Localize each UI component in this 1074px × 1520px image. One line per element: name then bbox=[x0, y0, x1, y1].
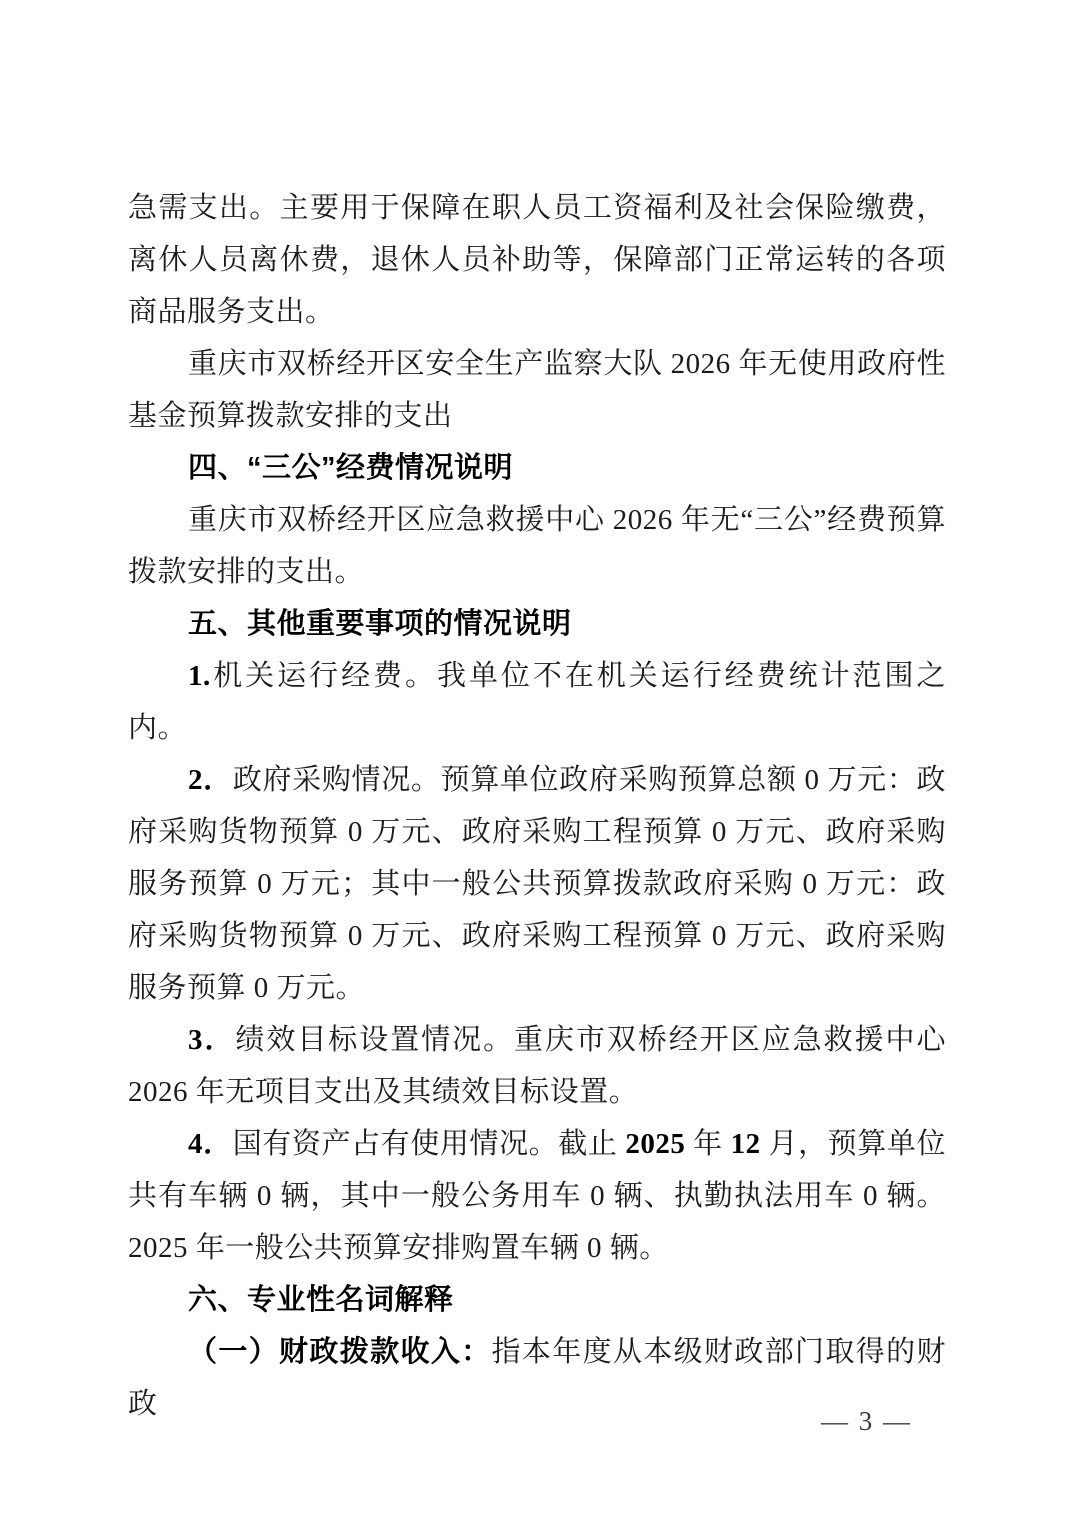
paragraph-text: 国有资产占有使用情况。截止 bbox=[233, 1128, 626, 1160]
body-paragraph-item-3: 3．绩效目标设置情况。重庆市双桥经开区应急救援中心 2026 年无项目支出及其绩… bbox=[128, 1014, 946, 1118]
heading-text: 五、其他重要事项的情况说明 bbox=[188, 608, 572, 640]
list-number: 2． bbox=[188, 764, 233, 796]
list-number: 4． bbox=[188, 1128, 233, 1160]
heading-text: 六、专业性名词解释 bbox=[188, 1284, 454, 1316]
paragraph-text: 机关运行经费。我单位不在机关运行经费统计范围之内。 bbox=[128, 660, 946, 744]
paragraph-text: 重庆市双桥经开区安全生产监察大队 2026 年无使用政府性基金预算拨款安排的支出 bbox=[128, 348, 946, 432]
section-heading-six: 六、专业性名词解释 bbox=[128, 1274, 946, 1326]
paragraph-text: 急需支出。主要用于保障在职人员工资福利及社会保险缴费，离休人员离休费，退休人员补… bbox=[128, 192, 946, 328]
document-body: 急需支出。主要用于保障在职人员工资福利及社会保险缴费，离休人员离休费，退休人员补… bbox=[128, 182, 946, 1430]
paragraph-text: 重庆市双桥经开区应急救援中心 2026 年无“三公”经费预算拨款安排的支出。 bbox=[128, 504, 946, 588]
page-number: — 3 — bbox=[0, 1406, 1074, 1437]
body-paragraph-item-1: 1.机关运行经费。我单位不在机关运行经费统计范围之内。 bbox=[128, 650, 946, 754]
paragraph-text: 绩效目标设置情况。重庆市双桥经开区应急救援中心 2026 年无项目支出及其绩效目… bbox=[128, 1024, 946, 1108]
month-value: 12 bbox=[731, 1128, 761, 1160]
paragraph-text: 年 bbox=[685, 1128, 730, 1160]
body-paragraph: 重庆市双桥经开区应急救援中心 2026 年无“三公”经费预算拨款安排的支出。 bbox=[128, 494, 946, 598]
paragraph-text: 政府采购情况。预算单位政府采购预算总额 0 万元：政府采购货物预算 0 万元、政… bbox=[128, 764, 946, 1004]
list-number: 3． bbox=[188, 1024, 235, 1056]
page-number-text: — 3 — bbox=[821, 1406, 912, 1436]
year-value: 2025 bbox=[625, 1128, 685, 1160]
body-paragraph: 急需支出。主要用于保障在职人员工资福利及社会保险缴费，离休人员离休费，退休人员补… bbox=[128, 182, 946, 338]
body-paragraph-item-4: 4．国有资产占有使用情况。截止 2025 年 12 月，预算单位共有车辆 0 辆… bbox=[128, 1118, 946, 1274]
document-page: 急需支出。主要用于保障在职人员工资福利及社会保险缴费，离休人员离休费，退休人员补… bbox=[0, 0, 1074, 1520]
body-paragraph-item-2: 2．政府采购情况。预算单位政府采购预算总额 0 万元：政府采购货物预算 0 万元… bbox=[128, 754, 946, 1014]
section-heading-four: 四、“三公”经费情况说明 bbox=[128, 442, 946, 494]
term-label: （一）财政拨款收入： bbox=[188, 1336, 492, 1368]
heading-text: 四、“三公”经费情况说明 bbox=[188, 452, 513, 484]
body-paragraph: 重庆市双桥经开区安全生产监察大队 2026 年无使用政府性基金预算拨款安排的支出 bbox=[128, 338, 946, 442]
list-number: 1. bbox=[188, 660, 211, 692]
section-heading-five: 五、其他重要事项的情况说明 bbox=[128, 598, 946, 650]
